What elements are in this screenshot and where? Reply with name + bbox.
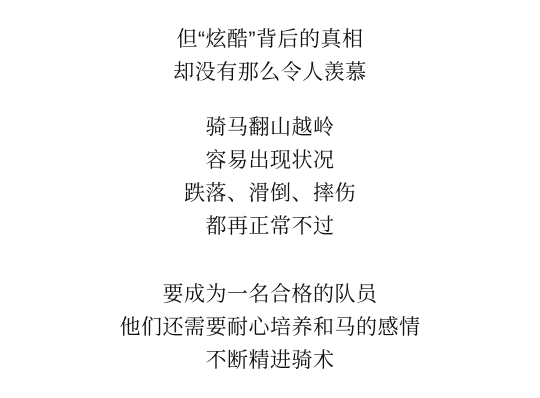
paragraph-risks: 骑马翻山越岭 容易出现状况 跌落、滑倒、摔伤 都再正常不过 (0, 111, 540, 243)
text-line: 都再正常不过 (0, 210, 540, 243)
text-line: 他们还需要耐心培养和马的感情 (0, 311, 540, 344)
text-line: 但“炫酷”背后的真相 (0, 23, 540, 56)
article-text-page: 但“炫酷”背后的真相 却没有那么令人羡慕 骑马翻山越岭 容易出现状况 跌落、滑倒… (0, 0, 540, 398)
paragraph-requirements: 要成为一名合格的队员 他们还需要耐心培养和马的感情 不断精进骑术 (0, 278, 540, 377)
text-line: 不断精进骑术 (0, 344, 540, 377)
text-line: 容易出现状况 (0, 144, 540, 177)
text-line: 要成为一名合格的队员 (0, 278, 540, 311)
text-line: 跌落、滑倒、摔伤 (0, 177, 540, 210)
text-line: 骑马翻山越岭 (0, 111, 540, 144)
text-line: 却没有那么令人羡慕 (0, 56, 540, 89)
paragraph-intro: 但“炫酷”背后的真相 却没有那么令人羡慕 (0, 23, 540, 89)
